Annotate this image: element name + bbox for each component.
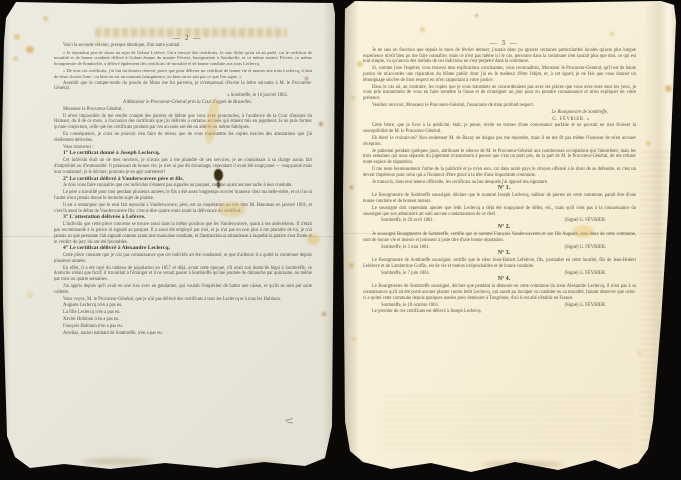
section-heading: 4° Le certificat délivré à Alexandre Lec… [54, 246, 312, 252]
section-heading: 1° Le certificat donné à Joseph Leclercq… [54, 151, 312, 157]
paragraph: Le père a travaillé pour moi pendant plu… [54, 190, 312, 202]
spine-shadow [343, 1, 359, 478]
certificate-dateline: Sombreffe, le 18 octobre 1861. (Signé) G… [363, 303, 636, 309]
ink-stain [217, 181, 220, 188]
foxing-stain [43, 16, 48, 21]
paragraph: Veuillez recevoir, Monsieur le Procureur… [363, 103, 636, 109]
paragraph: Si, comme j'ose l'espérer, vous trouvez … [363, 66, 636, 83]
certificate-number: N° 3. [363, 251, 636, 257]
bleedthrough-text [640, 151, 673, 456]
signed: (Signé) G. FÉVRIER. [565, 245, 606, 251]
paragraph: Voici la seconde version, presque identi… [54, 43, 312, 49]
paragraph: En effet, il a été rayé du tableau de po… [54, 266, 312, 283]
certificate-number: N° 2. [363, 225, 636, 231]
paragraph: Je dois vous faire connaître que ces ind… [54, 183, 312, 189]
foxing-stain [27, 292, 33, 298]
signed: (Signé) G. FÉVRIER. [565, 303, 606, 309]
liquid-stain [218, 202, 246, 217]
foxing-stain [319, 122, 323, 126]
foxing-stain [305, 77, 308, 80]
ink-stain [214, 169, 223, 181]
edge-smudge [230, 460, 282, 466]
page-number: — 3 — [363, 41, 636, 47]
signature-title: Le Bourgmestre de Sombreffe, [363, 110, 636, 116]
foxing-stain [13, 56, 18, 61]
section-heading: 2° Le certificat délivré à Vanderwavere … [54, 177, 312, 183]
foxing-stain [26, 46, 34, 53]
foxing-stain [665, 85, 672, 92]
foxing-stain [349, 263, 354, 268]
dateline: « Sombreffe, le 10 janvier 1862. [54, 93, 312, 99]
scanned-document: — 2 — Voici la seconde version, presque … [0, 0, 681, 480]
left-page-edge-shadow [323, 2, 335, 474]
foxing-stain [646, 141, 651, 146]
salutation: Monsieur le Procureur-Général, [54, 107, 312, 113]
closing-line: Le premier de ces certificats est délivr… [363, 309, 636, 315]
paragraph: Vous voyez, M. le Procureur-Général, que… [54, 297, 312, 303]
certificate-number: N° 4. [363, 277, 636, 283]
list-item: Xavier Hubinon n'en a pas eu. [54, 317, 312, 323]
foxing-stain [14, 34, 20, 40]
right-page: — 3 — Je ne suis en fonction que depuis … [343, 1, 678, 478]
certificate-number: N° 1. [363, 186, 636, 192]
foxing-stain [420, 27, 425, 32]
list-item: Arrelias, ancien habitant de Sombreffe, … [54, 331, 312, 337]
liquid-stain [573, 225, 594, 238]
edge-smudge [481, 461, 563, 468]
foxing-stain [610, 32, 614, 36]
foxing-stain [351, 96, 355, 100]
paragraph: Cette pièce constate que je n'ai pas con… [54, 253, 312, 265]
foxing-stain [350, 186, 353, 189]
left-page-text: — 2 — Voici la seconde version, presque … [54, 36, 312, 337]
signature-name: G. FÉVRIER. » [363, 117, 636, 123]
paragraph: Je patientai pendant quelques jours, att… [363, 149, 636, 166]
paragraph: J'ai appris depuis qu'il avait eu une ri… [54, 284, 312, 296]
foxing-stain [637, 351, 641, 355]
letter-address: A Monsieur le Procureur-Général près la … [54, 100, 312, 106]
signed: (Signé) G. FÉVRIER. [565, 271, 606, 277]
signed: (Signé) G. FÉVRIER. [565, 218, 606, 224]
paragraph: Je ne suis en fonction que depuis le moi… [363, 48, 636, 65]
quote-paragraph: « De tous ces certificats, j'ai fait un … [54, 68, 312, 80]
place-date: Sombreffe, le 18 octobre 1861. [381, 303, 439, 309]
paragraph: Cette lettre, que je livre à la publicit… [363, 123, 636, 135]
place-date: Sombreffe, le 5 mai 1861. [381, 245, 430, 251]
paragraph: Dans le cas où, au contraire, les copies… [363, 85, 636, 102]
paragraph: L'individu que cette pièce concerne se t… [54, 222, 312, 245]
page-number: — 2 — [54, 36, 312, 42]
list-item: La fille Leclercq n'en a pas eu. [54, 310, 312, 316]
list-item: François Hubinon n'en a pas eu. [54, 324, 312, 330]
paragraph: Le Bourgmestre de Sombreffe soussigné, d… [363, 193, 636, 205]
foxing-stain [307, 234, 320, 245]
paragraph: Eh bien! le croirait-on? Non seulement M… [363, 136, 636, 148]
left-page: — 2 — Voici la seconde version, presque … [2, 2, 335, 474]
paragraph: Il me reste heureusement l'arme de la pu… [363, 167, 636, 179]
paragraph: Il m'est impossible de me rendre compte … [54, 114, 312, 131]
section-heading: 3° L'attestation délivrée à Lefèvre. [54, 215, 312, 221]
list-item: Auguste Leclercq n'en a pas eu. [54, 303, 312, 309]
place-date: Sombreffe, le 7 juin 1861. [381, 271, 430, 277]
right-page-text: — 3 — Je ne suis en fonction que depuis … [363, 41, 636, 316]
paragraph: Il est à remarquer que le seul fait repr… [54, 203, 312, 215]
edge-smudge [82, 458, 152, 465]
bleedthrough-text [383, 395, 635, 453]
foxing-stain [475, 14, 478, 17]
paragraph: Aussitôt que le compte-rendu du procès d… [54, 81, 312, 93]
foxing-stain [96, 40, 100, 44]
paragraph: Le Bourgmestre de Sombreffe soussigné, c… [363, 258, 636, 270]
paragraph: En conséquence, je crois ne pouvoir rien… [54, 132, 312, 144]
pencil-mark [287, 421, 293, 423]
paragraph: Cet individu était un de mes ouvriers, j… [54, 158, 312, 175]
foxing-stain [357, 61, 363, 67]
paragraph: Le soussigné doit cependant ajouter que … [363, 206, 636, 218]
left-page-edge-shadow [2, 2, 10, 474]
quote-paragraph: « Je répondrai peu de chose au sujet de … [54, 50, 312, 67]
paragraph: Je soussigné Bourgmestre de Sombreffe, c… [363, 232, 636, 244]
place-date: Sombreffe, le 29 avril 1861. [381, 218, 434, 224]
paragraph: Le Bourgmestre de Sombreffe soussigné, d… [363, 284, 636, 301]
foxing-stain [352, 337, 356, 341]
foxing-stain [322, 312, 326, 316]
